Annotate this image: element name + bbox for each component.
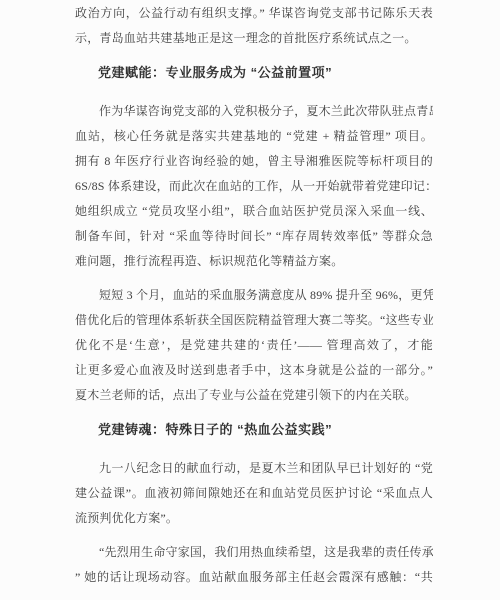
text-line: 示，青岛血站共建基地正是这一理念的首批医疗系统试点之一。 — [75, 26, 433, 51]
document-page: 政治方向，公益行动有组织支撑。” 华谋咨询党支部书记陈乐天表示，青岛血站共建基地… — [0, 0, 500, 600]
text-line: 6S/8S 体系建设，而此次在血站的工作，从一开始就带着党建印记： — [75, 174, 433, 199]
heading-dangjian-funeng: 党建赋能：专业服务成为 “公益前置项” — [75, 60, 433, 85]
text-line: 短短 3 个月，血站的采血服务满意度从 89% 提升至 96%，更凭 — [75, 283, 433, 308]
text-line: 拥有 8 年医疗行业咨询经验的她，曾主导湘雅医院等标杆项目的 — [75, 149, 433, 174]
para-918-action: 九一八纪念日的献血行动，是夏木兰和团队早已计划好的 “党建公益课”。血液初筛间隙… — [75, 456, 433, 531]
text-line: “先烈用生命守家国，我们用热血续希望，这是我辈的责任传承。 — [75, 540, 433, 565]
text-line: 制备车间，针对 “采血等待时间长” “库存周转效率低” 等群众急 — [75, 224, 433, 249]
text-line: 借优化后的管理体系斩获全国医院精益管理大赛二等奖。“这些专业 — [75, 308, 433, 333]
para-xiamulan-mission: 作为华谋咨询党支部的入党积极分子，夏木兰此次带队驻点青岛血站，核心任务就是落实共… — [75, 99, 433, 274]
text-line: 政治方向，公益行动有组织支撑。” 华谋咨询党支部书记陈乐天表 — [75, 1, 433, 26]
text-line: 让更多爱心血液及时送到患者手中，这本身就是公益的一部分。” — [75, 358, 433, 383]
text-line: ” 她的话让现场动容。血站献血服务部主任赵会霞深有感触：“共 — [75, 565, 433, 590]
text-line: 作为华谋咨询党支部的入党积极分子，夏木兰此次带队驻点青岛 — [75, 99, 433, 124]
text-line: 夏木兰老师的话，点出了专业与公益在党建引领下的内在关联。 — [75, 383, 433, 408]
para-heroes-quote: “先烈用生命守家国，我们用热血续希望，这是我辈的责任传承。” 她的话让现场动容。… — [75, 540, 433, 590]
text-line: 建公益课”。血液初筛间隙她还在和血站党员医护讨论 “采血点人 — [75, 481, 433, 506]
para-intro-continued: 政治方向，公益行动有组织支撑。” 华谋咨询党支部书记陈乐天表示，青岛血站共建基地… — [75, 1, 433, 51]
text-line: 她组织成立 “党员攻坚小组”，联合血站医护党员深入采血一线、 — [75, 199, 433, 224]
text-line: 优化不是‘生意’，是党建共建的‘责任’—— 管理高效了，才能 — [75, 333, 433, 358]
heading-dangjian-zhuhun: 党建铸魂：特殊日子的 “热血公益实践” — [75, 417, 433, 442]
para-results: 短短 3 个月，血站的采血服务满意度从 89% 提升至 96%，更凭借优化后的管… — [75, 283, 433, 408]
text-line: 流预判优化方案”。 — [75, 506, 433, 531]
text-line: 血站，核心任务就是落实共建基地的 “党建 + 精益管理” 项目。 — [75, 124, 433, 149]
text-line: 难问题，推行流程再造、标识规范化等精益方案。 — [75, 249, 433, 274]
text-line: 九一八纪念日的献血行动，是夏木兰和团队早已计划好的 “党 — [75, 456, 433, 481]
